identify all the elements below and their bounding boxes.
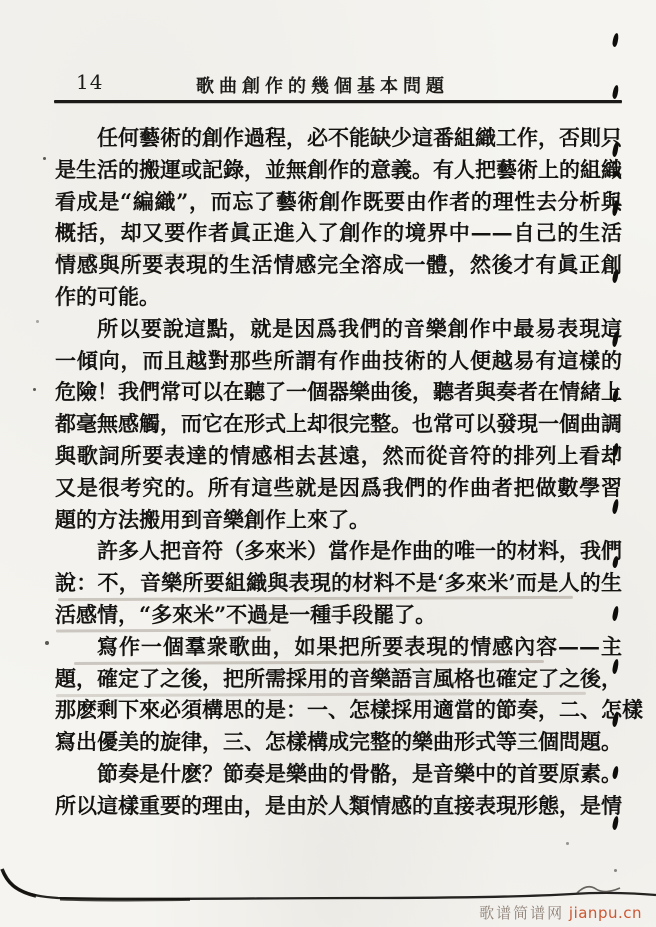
text-line: 看成是“編織”，而忘了藝術創作既要由作者的理性去分析與 [55, 186, 622, 218]
watermark: 歌谱简谱网 jianpu.cn [0, 902, 642, 923]
text-line: 作的可能。 [55, 281, 622, 313]
text-line: 說：不，音樂所要組織與表現的材料不是‘多來米’而是人的生 [55, 567, 622, 599]
text-line: 寫出優美的旋律，三、怎樣構成完整的樂曲形式等三個問題。 [55, 726, 622, 758]
scan-speck [33, 388, 36, 391]
scanned-book-page: 14 歌曲創作的幾個基本問題 任何藝術的創作過程，必不能缺少這番組織工作，否則只… [0, 0, 656, 927]
scan-speck [566, 842, 569, 845]
watermark-site-name: 歌谱简谱网 [479, 904, 564, 922]
text-line: 所以要說這點，就是因爲我們的音樂創作中最易表現這 [55, 313, 622, 345]
text-line: 所以這樣重要的理由，是由於人類情感的直接表現形態，是情 [55, 790, 622, 822]
text-line: 題，確定了之後，把所需採用的音樂語言風格也確定了之後， [55, 663, 622, 695]
text-line: 都毫無感觸，而它在形式上却很完整。也常可以發現一個曲調 [55, 408, 622, 440]
text-line: 題的方法搬用到音樂創作上來了。 [55, 504, 622, 536]
text-line: 那麽剩下來必須構思的是：一、怎樣採用適當的節奏，二、怎樣 [55, 694, 622, 726]
page-number: 14 [76, 70, 103, 94]
running-title: 歌曲創作的幾個基本問題 [196, 72, 449, 98]
text-line: 概括，却又要作者眞正進入了創作的境界中——自己的生活 [55, 217, 622, 249]
text-line: 許多人把音符（多來米）當作是作曲的唯一的材料，我們 [55, 535, 622, 567]
text-line: 任何藝術的創作過程，必不能缺少這番組織工作，否則只 [55, 122, 622, 154]
text-body: 任何藝術的創作過程，必不能缺少這番組織工作，否則只是生活的搬運或記錄，並無創作的… [55, 122, 622, 822]
text-line: 是生活的搬運或記錄，並無創作的意義。有人把藝術上的組織 [55, 154, 622, 186]
text-line: 與歌詞所要表達的情感相去甚遠，然而從音符的排列上看却 [55, 440, 622, 472]
text-line: 危險！我們常可以在聽了一個器樂曲後，聽者與奏者在情緒上 [55, 376, 622, 408]
binding-shadow-mark [612, 33, 620, 48]
header-rule [54, 100, 622, 103]
text-line: 又是很考究的。所有這些就是因爲我們的作曲者把做數學習 [55, 472, 622, 504]
text-line: 活感情，“多來米”不過是一種手段罷了。 [55, 599, 622, 631]
text-line: 一傾向，而且越對那些所謂有作曲技術的人便越易有這樣的 [55, 345, 622, 377]
scan-speck [36, 320, 39, 323]
text-line: 節奏是什麽？節奏是樂曲的骨骼，是音樂中的首要原素。 [55, 758, 622, 790]
binding-shadow-mark [612, 85, 620, 100]
text-line: 寫作一個羣衆歌曲，如果把所要表現的情感內容——主 [55, 631, 622, 663]
scan-speck [43, 157, 46, 160]
scan-speck [45, 641, 49, 645]
watermark-site-url: jianpu.cn [569, 904, 642, 922]
